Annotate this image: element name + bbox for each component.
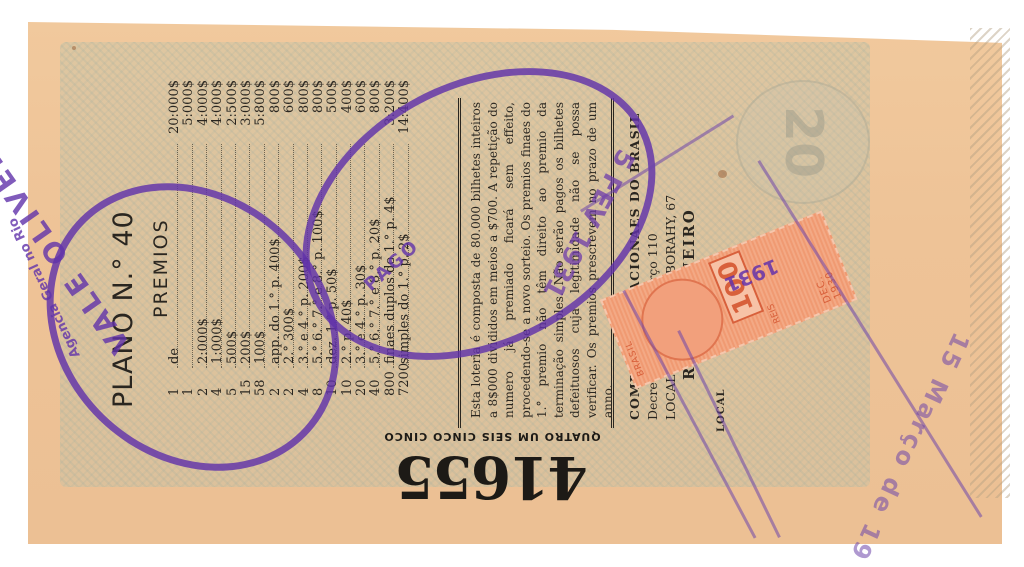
serial-number: 41655: [372, 449, 612, 505]
prize-value: 4:000$: [197, 80, 211, 144]
revenue-stamp-unit: REIS: [766, 302, 783, 325]
watermark-seal: 20: [736, 80, 870, 204]
prize-value: 800$: [269, 80, 283, 144]
serial-number-block: 41655 QUATRO UM SEIS CINCO CINCO: [372, 430, 612, 505]
stain-spot: [72, 46, 76, 50]
prize-value: 800$: [312, 80, 326, 144]
serial-words: QUATRO UM SEIS CINCO CINCO: [372, 430, 612, 443]
prize-value: 4:000$: [211, 80, 225, 144]
prize-qty: 40: [369, 368, 383, 396]
prize-value: 600$: [283, 80, 297, 144]
prize-value: 800$: [298, 80, 312, 144]
prize-value: 5:000$: [182, 80, 196, 144]
prize-value: 2:500$: [226, 80, 240, 144]
prize-qty: 800: [384, 368, 398, 396]
prize-value: 3:000$: [240, 80, 254, 144]
edge-pattern: [970, 28, 1010, 498]
prize-qty: 10: [341, 368, 355, 396]
prize-qty: 7200: [398, 368, 412, 396]
stain-spot: [718, 170, 727, 178]
watermark-value: 20: [773, 106, 833, 178]
prize-value: 20:000$: [168, 80, 182, 144]
prize-value: 5:800$: [254, 80, 268, 144]
prize-value: 400$: [341, 80, 355, 144]
prize-qty: 20: [355, 368, 369, 396]
prize-value: 500$: [326, 80, 340, 144]
